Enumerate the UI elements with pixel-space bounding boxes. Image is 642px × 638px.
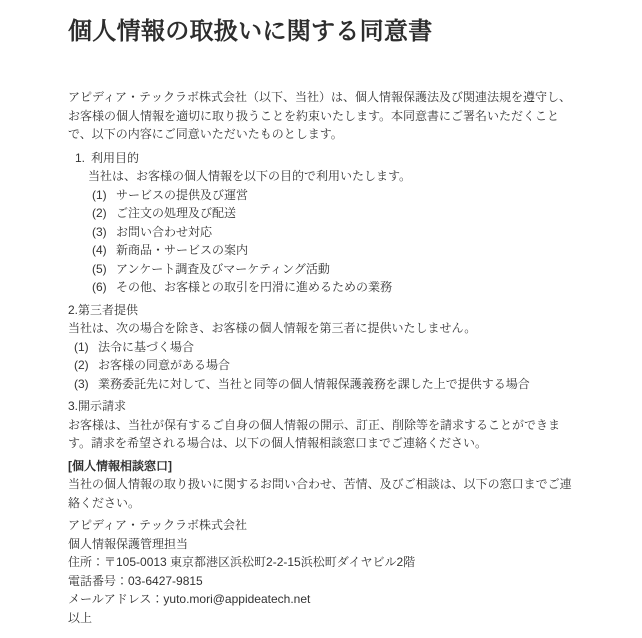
list-item: (3)業務委託先に対して、当社と同等の個人情報保護義務を課した上で提供する場合	[74, 375, 578, 394]
section2-lead: 当社は、次の場合を除き、お客様の個人情報を第三者に提供いたしません。	[68, 319, 578, 338]
list-item: (1)法令に基づく場合	[74, 338, 578, 357]
item-label: サービスの提供及び運営	[116, 188, 248, 202]
list-item: (5)アンケート調査及びマーケティング活動	[92, 260, 578, 279]
item-label: 新商品・サービスの案内	[116, 243, 248, 257]
contact-email: メールアドレス：yuto.mori@appideatech.net	[68, 590, 578, 609]
contact-company: アピディア・テックラボ株式会社	[68, 516, 578, 535]
list-item: (3)お問い合わせ対応	[92, 223, 578, 242]
item-marker: (2)	[74, 356, 91, 375]
section-purpose-of-use: 1.利用目的 当社は、お客様の個人情報を以下の目的で利用いたします。 (1)サー…	[68, 149, 578, 297]
contact-phone: 電話番号：03-6427-9815	[68, 572, 578, 591]
item-label: ご注文の処理及び配送	[116, 206, 236, 220]
item-label: お問い合わせ対応	[116, 225, 212, 239]
item-marker: (3)	[92, 223, 109, 242]
section3-body: お客様は、当社が保有するご自身の個人情報の開示、訂正、削除等を請求することができ…	[68, 416, 578, 453]
item-marker: (3)	[74, 375, 91, 394]
item-label: 法令に基づく場合	[98, 340, 194, 354]
item-marker: (6)	[92, 278, 109, 297]
item-label: 業務委託先に対して、当社と同等の個人情報保護義務を課した上で提供する場合	[98, 377, 530, 391]
consent-document: 個人情報の取扱いに関する同意書 アピディア・テックラボ株式会社（以下、当社）は、…	[0, 0, 642, 638]
closing-statement: 以上	[68, 609, 578, 628]
item-marker: (1)	[74, 338, 91, 357]
item-marker: (5)	[92, 260, 109, 279]
list-item: (1)サービスの提供及び運営	[92, 186, 578, 205]
item-label: お客様の同意がある場合	[98, 358, 230, 372]
section1-items: (1)サービスの提供及び運営 (2)ご注文の処理及び配送 (3)お問い合わせ対応…	[68, 186, 578, 297]
section2-heading: 2.第三者提供	[68, 301, 578, 320]
list-item: (2)お客様の同意がある場合	[74, 356, 578, 375]
page-title: 個人情報の取扱いに関する同意書	[68, 17, 578, 47]
item-marker: (1)	[92, 186, 109, 205]
intro-paragraph: アピディア・テックラボ株式会社（以下、当社）は、個人情報保護法及び関連法規を遵守…	[68, 88, 578, 144]
item-marker: (4)	[92, 241, 109, 260]
contact-window-heading: [個人情報相談窓口]	[68, 457, 578, 476]
section1-number: 1.	[75, 149, 91, 168]
section-disclosure-request: 3.開示請求 お客様は、当社が保有するご自身の個人情報の開示、訂正、削除等を請求…	[68, 397, 578, 453]
item-label: その他、お客様との取引を円滑に進めるための業務	[116, 280, 392, 294]
list-item: (6)その他、お客様との取引を円滑に進めるための業務	[92, 278, 578, 297]
contact-department: 個人情報保護管理担当	[68, 535, 578, 554]
section3-heading: 3.開示請求	[68, 397, 578, 416]
contact-window-body: 当社の個人情報の取り扱いに関するお問い合わせ、苦情、及びご相談は、以下の窓口まで…	[68, 475, 578, 512]
section2-items: (1)法令に基づく場合 (2)お客様の同意がある場合 (3)業務委託先に対して、…	[68, 338, 578, 394]
contact-details: アピディア・テックラボ株式会社 個人情報保護管理担当 住所：〒105-0013 …	[68, 516, 578, 627]
item-label: アンケート調査及びマーケティング活動	[116, 262, 330, 276]
contact-window-section: [個人情報相談窓口] 当社の個人情報の取り扱いに関するお問い合わせ、苦情、及びご…	[68, 457, 578, 513]
section1-heading-line: 1.利用目的	[68, 149, 578, 168]
section1-heading: 利用目的	[91, 151, 139, 165]
contact-address: 住所：〒105-0013 東京都港区浜松町2-2-15浜松町ダイヤビル2階	[68, 553, 578, 572]
item-marker: (2)	[92, 204, 109, 223]
list-item: (4)新商品・サービスの案内	[92, 241, 578, 260]
section-third-party-provision: 2.第三者提供 当社は、次の場合を除き、お客様の個人情報を第三者に提供いたしませ…	[68, 301, 578, 394]
list-item: (2)ご注文の処理及び配送	[92, 204, 578, 223]
section1-lead: 当社は、お客様の個人情報を以下の目的で利用いたします。	[68, 167, 578, 186]
